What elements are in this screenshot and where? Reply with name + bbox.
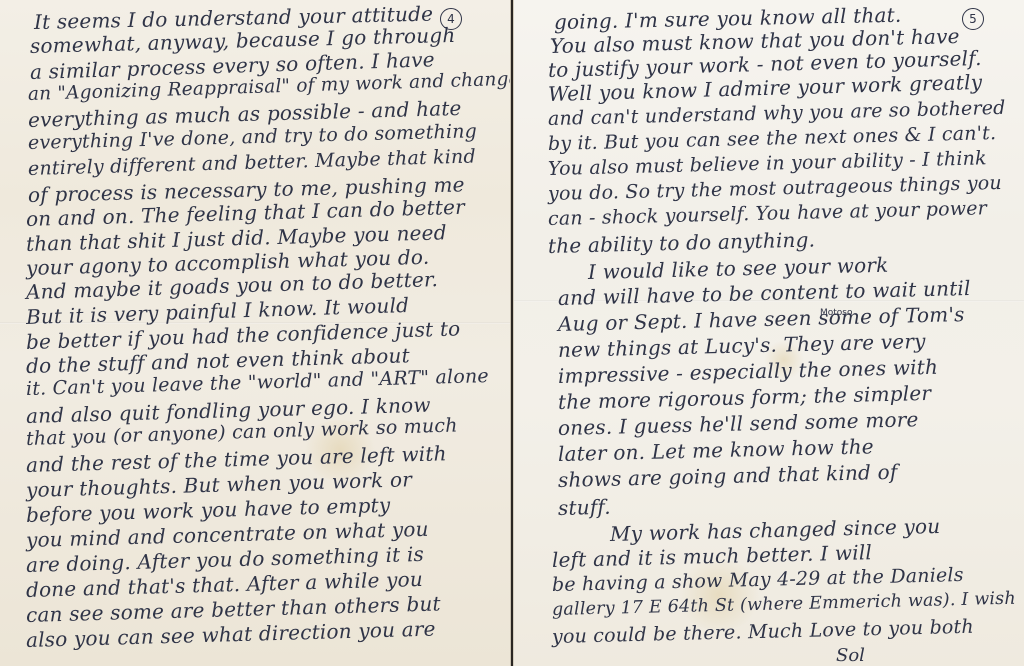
letter-page-5: 5 going. I'm sure you know all that. You… [513,0,1024,666]
letter-line: stuff. [558,495,611,520]
letter-line: the ability to do anything. [548,227,816,258]
letter-line: My work has changed since you [610,514,941,546]
page-number-badge: 5 [962,8,984,30]
signature: Sol [836,645,865,666]
letter-page-4: 4 It seems I do understand your attitude… [0,0,511,666]
letter-line: you could be there. Much Love to you bot… [552,616,974,648]
